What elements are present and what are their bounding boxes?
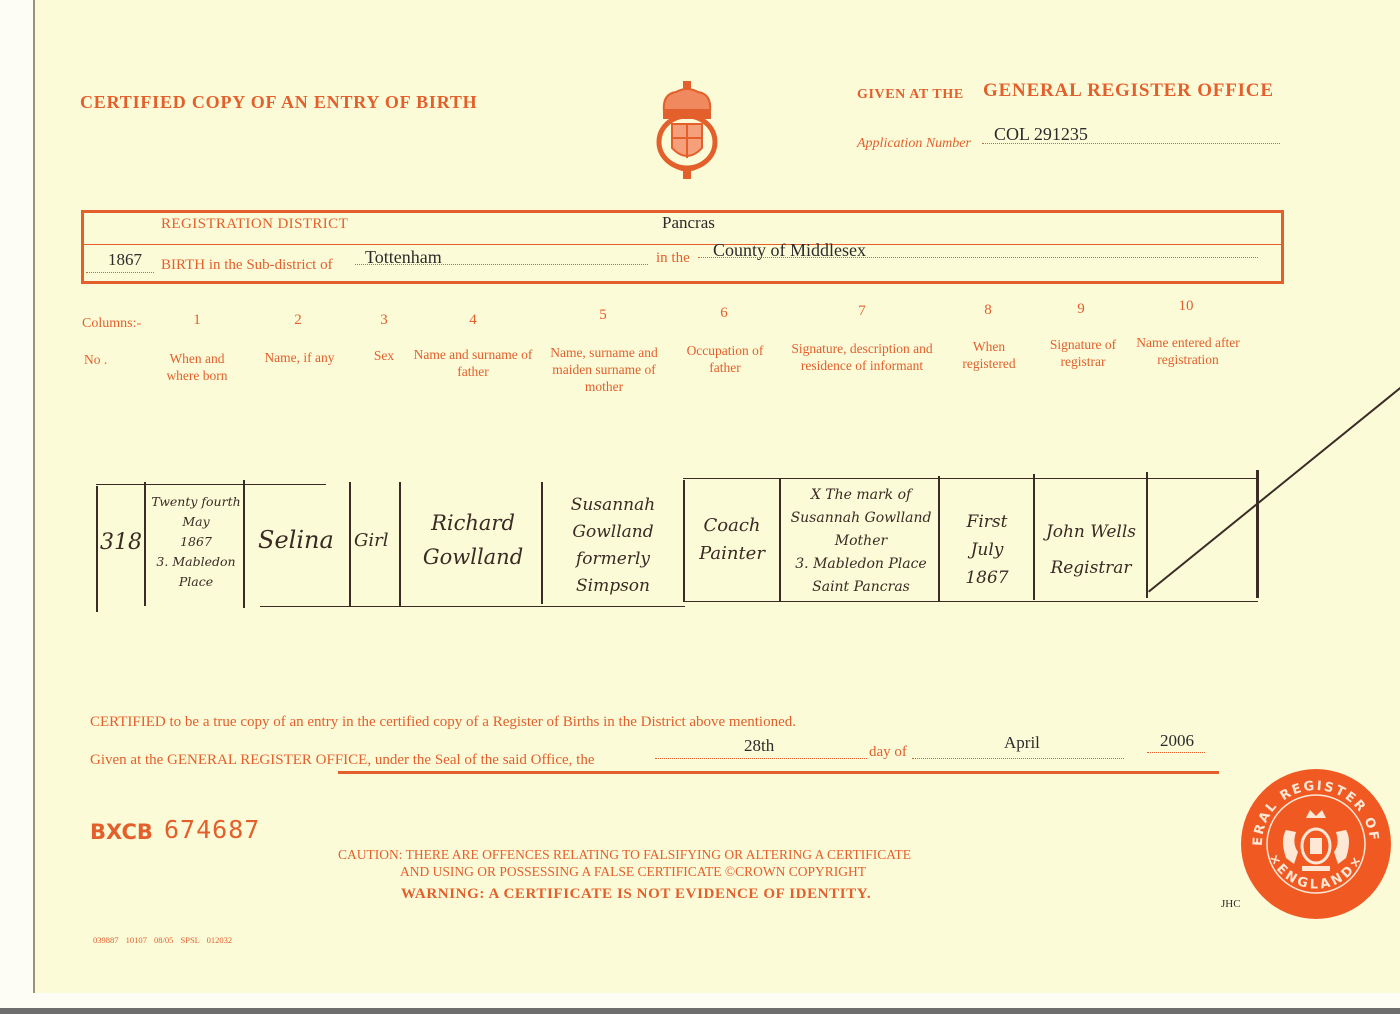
column-number-5: 5 [583,307,623,324]
entry-when-registered: First July 1867 [942,508,1032,592]
column-number-2: 2 [278,312,318,329]
entry-divider [349,482,351,606]
mother-first-name: Susannah [546,492,680,519]
birth-date-month: May [148,512,244,532]
certification-day: 28th [744,736,774,756]
entry-divider [399,482,401,606]
year-line-certification [1147,752,1205,753]
serial-number: 674687 [164,815,260,844]
registration-year: 1867 [108,250,142,270]
certification-rule [338,771,1219,774]
occupation-line-1: Coach [688,512,776,540]
column-number-1: 1 [177,312,217,329]
occupation-line-2: Painter [688,540,776,568]
column-number-10: 10 [1166,298,1206,315]
informant-mark: X The mark of [783,484,939,507]
columns-label: Columns:- [82,316,141,332]
mother-maiden-name: Simpson [546,573,680,600]
column-number-4: 4 [453,312,493,329]
column-header-when-registered: When registered [953,338,1025,372]
entry-border [1256,470,1259,598]
column-header-when-where-born: When and where born [152,350,242,384]
certification-statement: CERTIFIED to be a true copy of an entry … [90,714,796,731]
birth-date-day: Twenty fourth [148,492,244,512]
no-column-header: No . [84,352,107,368]
column-header-occupation: Occupation of father [682,342,768,376]
entry-divider [144,482,146,606]
registration-divider [84,244,1281,245]
year-line [86,272,154,273]
registration-district-label: REGISTRATION DISTRICT [161,216,348,233]
column-number-3: 3 [364,312,404,329]
caution-line-1: CAUTION: THERE ARE OFFENCES RELATING TO … [338,847,911,863]
subdistrict-label: BIRTH in the Sub-district of [161,257,333,274]
form-codes: 039887 10107 08/05 SPSL 012032 [93,935,232,945]
registered-month: July [942,536,1032,564]
entry-child-name: Selina [258,526,334,554]
entry-divider [541,482,543,604]
serial-prefix: BXCB [90,820,153,844]
column-number-6: 6 [704,305,744,322]
entry-father: Richard Gowlland [410,506,536,574]
entry-occupation: Coach Painter [688,512,776,568]
informant-relation: Mother [783,530,939,553]
informant-parish: Saint Pancras [783,576,939,599]
in-the-label: in the [656,250,690,267]
application-number-value: COL 291235 [994,124,1088,145]
birth-date-year: 1867 [148,532,244,552]
column-header-name-after-registration: Name entered after registration [1133,334,1243,368]
column-header-name: Name, if any [252,349,347,366]
entry-divider [779,478,781,602]
entry-divider [683,480,685,602]
birth-place-street: 3. Mabledon [148,552,244,572]
certification-year: 2006 [1160,731,1194,751]
column-header-registrar: Signature of registrar [1040,336,1126,370]
entry-registrar: John Wells Registrar [1037,514,1145,586]
caution-line-2: AND USING OR POSSESSING A FALSE CERTIFIC… [400,864,866,880]
column-header-mother: Name, surname and maiden surname of moth… [542,344,666,395]
royal-crest-icon [652,80,722,180]
column-number-8: 8 [968,302,1008,319]
issuer-name: GENERAL REGISTER OFFICE [983,80,1274,102]
informant-name: Susannah Gowlland [783,507,939,530]
registration-district-value: Pancras [662,213,715,233]
entry-bottom-line [260,606,685,607]
informant-address: 3. Mabledon Place [783,553,939,576]
given-at-statement: Given at the GENERAL REGISTER OFFICE, un… [90,752,595,769]
day-line [655,758,867,759]
father-surname: Gowlland [410,540,536,574]
entry-top-line [96,484,326,485]
application-number-label: Application Number [857,136,971,152]
entry-when-where-born: Twenty fourth May 1867 3. Mabledon Place [148,492,244,592]
registrar-name: John Wells [1037,514,1145,550]
certificate-title: CERTIFIED COPY OF AN ENTRY OF BIRTH [80,92,477,113]
entry-informant: X The mark of Susannah Gowlland Mother 3… [783,484,939,599]
entry-divider [1033,474,1035,600]
entry-mother: Susannah Gowlland formerly Simpson [546,492,680,600]
day-of-label: day of [869,744,907,761]
general-register-office-seal-icon: GENERAL REGISTER OFFICE ×ENGLAND× [1240,768,1392,920]
column-number-7: 7 [842,303,882,320]
entry-border [96,486,98,612]
entry-number: 318 [100,530,142,555]
registrar-title: Registrar [1037,550,1145,586]
mother-formerly: formerly [546,546,680,573]
month-line [912,758,1124,759]
column-number-9: 9 [1061,301,1101,318]
column-header-sex: Sex [362,347,406,364]
entry-divider [1146,472,1148,598]
subdistrict-value: Tottenham [365,247,442,268]
mother-surname: Gowlland [546,519,680,546]
father-first-name: Richard [410,506,536,540]
entry-top-line [683,478,1258,479]
column-header-father: Name and surname of father [412,346,534,380]
issuer-prefix: GIVEN AT THE [857,87,964,103]
entry-bottom-line [683,601,1258,602]
initials: JHC [1221,898,1241,910]
scan-edge [0,1008,1400,1014]
column-header-informant: Signature, description and residence of … [780,340,944,374]
registered-year: 1867 [942,564,1032,592]
identity-warning: WARNING: A CERTIFICATE IS NOT EVIDENCE O… [401,886,871,903]
birth-place-suffix: Place [148,572,244,592]
county-value: County of Middlesex [713,240,866,261]
certification-month: April [1004,733,1040,753]
registered-day: First [942,508,1032,536]
entry-sex: Girl [354,530,389,551]
